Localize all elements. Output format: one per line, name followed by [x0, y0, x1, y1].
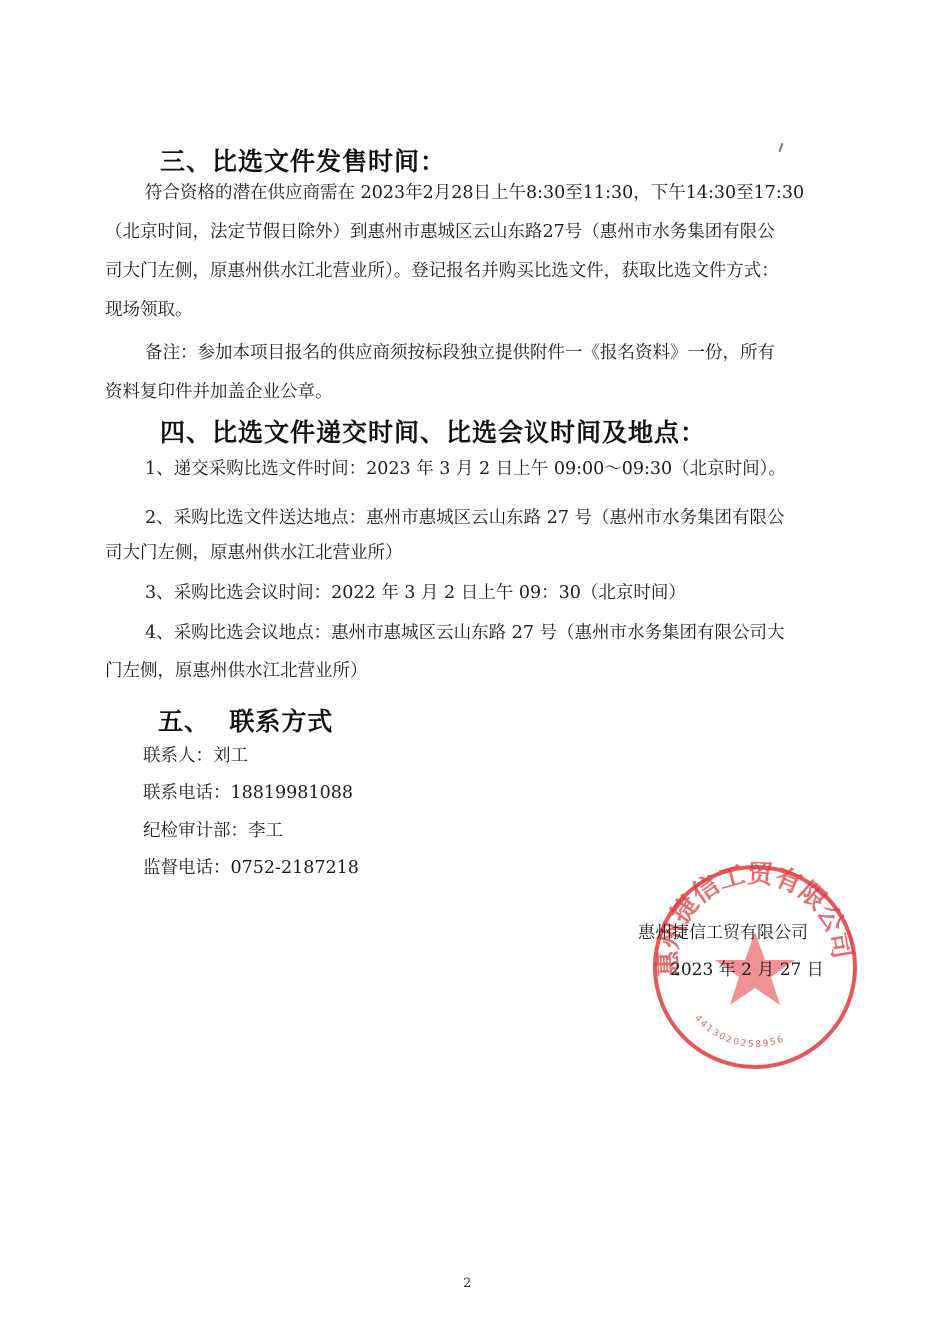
pen-mark [779, 143, 784, 152]
section-4-item: 4、采购比选会议地点：惠州市惠城区云山东路 27 号（惠州市水务集团有限公司大 [145, 622, 785, 644]
section-3-line: 符合资格的潜在供应商需在 2023年2月28日上午8:30至11:30，下午14… [145, 182, 804, 204]
section-4-item: 司大门左侧，原惠州供水江北营业所） [105, 542, 403, 564]
document-page: 三、比选文件发售时间： 符合资格的潜在供应商需在 2023年2月28日上午8:3… [0, 0, 950, 1344]
svg-text:4413020258956: 4413020258956 [692, 1014, 787, 1050]
note-line: 资料复印件并加盖企业公章。 [105, 381, 333, 403]
contact-phone: 联系电话：18819981088 [143, 782, 353, 804]
section-4-item: 2、采购比选文件送达地点：惠州市惠城区云山东路 27 号（惠州市水务集团有限公 [145, 507, 785, 529]
section-3-heading: 三、比选文件发售时间： [160, 142, 446, 178]
audit-dept: 纪检审计部：李工 [143, 820, 283, 842]
section-3-line: 现场领取。 [105, 299, 193, 321]
signature-date: 2023 年 2 月 27 日 [670, 955, 824, 980]
section-4-heading: 四、比选文件递交时间、比选会议时间及地点： [160, 413, 706, 449]
section-3-line: 司大门左侧，原惠州供水江北营业所）。登记报名并购买比选文件，获取比选文件方式： [105, 260, 779, 282]
supervision-phone: 监督电话：0752-2187218 [143, 857, 359, 879]
section-4-item: 3、采购比选会议时间：2022 年 3 月 2 日上午 09：30（北京时间） [145, 582, 686, 604]
page-number: 2 [463, 1276, 471, 1291]
signature-company: 惠州捷信工贸有限公司 [638, 918, 808, 943]
section-4-item: 1、递交采购比选文件时间：2023 年 3 月 2 日上午 09:00～09:3… [145, 458, 786, 480]
section-5-heading: 五、 联系方式 [158, 702, 333, 738]
note-line: 备注：参加本项目报名的供应商须按标段独立提供附件一《报名资料》一份，所有 [145, 342, 775, 364]
section-3-line: （北京时间，法定节假日除外）到惠州市惠城区云山东路27号（惠州市水务集团有限公 [105, 221, 775, 243]
section-4-item: 门左侧，原惠州供水江北营业所） [105, 660, 368, 682]
contact-person: 联系人：刘工 [143, 745, 248, 767]
